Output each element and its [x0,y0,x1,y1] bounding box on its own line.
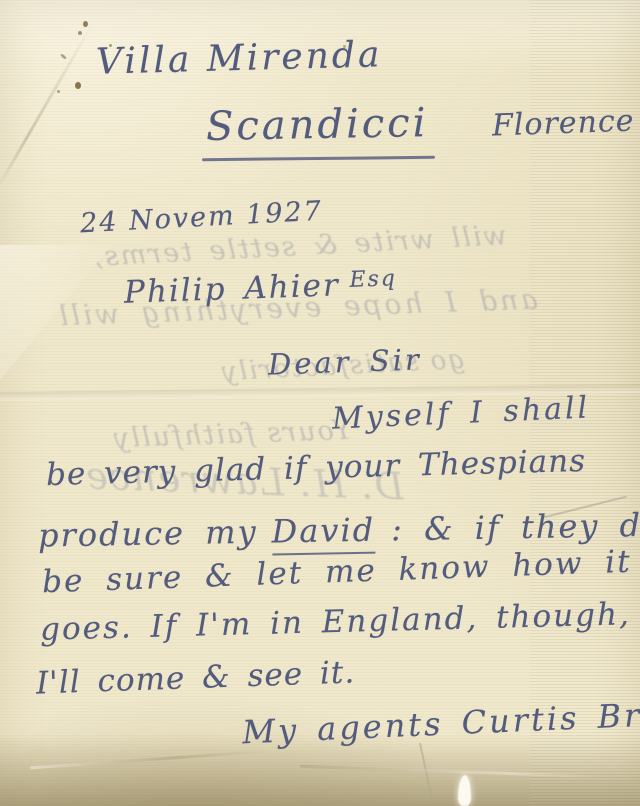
fold-crease-diagonal [0,22,94,188]
letterhead-villa: Villa Mirenda [96,34,383,82]
foxing-spot [83,21,88,27]
body-line: I'll come & see it. [35,654,355,701]
underlined-play-title: David [271,511,375,556]
body-line: Myself I shall [331,390,591,436]
ink-showthrough-fragment: Yours faithfully [112,415,352,454]
paper-tear-highlight [458,775,471,806]
foxing-spot [75,82,81,89]
foxing-spot [60,53,67,60]
recipient-name: Philip Ahier [123,267,340,311]
body-line: goes. If I'm in England, though, [40,596,632,647]
town-underline [202,156,435,161]
recipient-suffix: Esq [349,266,397,293]
letterhead-city: Florence [491,104,635,144]
crumple-crease [300,765,600,778]
body-line-b-post: : & if they do, [391,505,640,548]
foxing-spot [78,31,82,35]
crumple-crease [30,750,270,770]
letter-page: will write & settle terms, and I hope ev… [0,0,640,806]
crumple-crease [419,743,435,806]
letterhead-town: Scandicci [206,100,429,150]
salutation: Dear Sir [267,342,422,381]
foxing-spot [57,90,60,93]
body-line-b-pre: produce my [38,513,258,555]
body-line: My agents Curtis Brown [241,693,640,752]
